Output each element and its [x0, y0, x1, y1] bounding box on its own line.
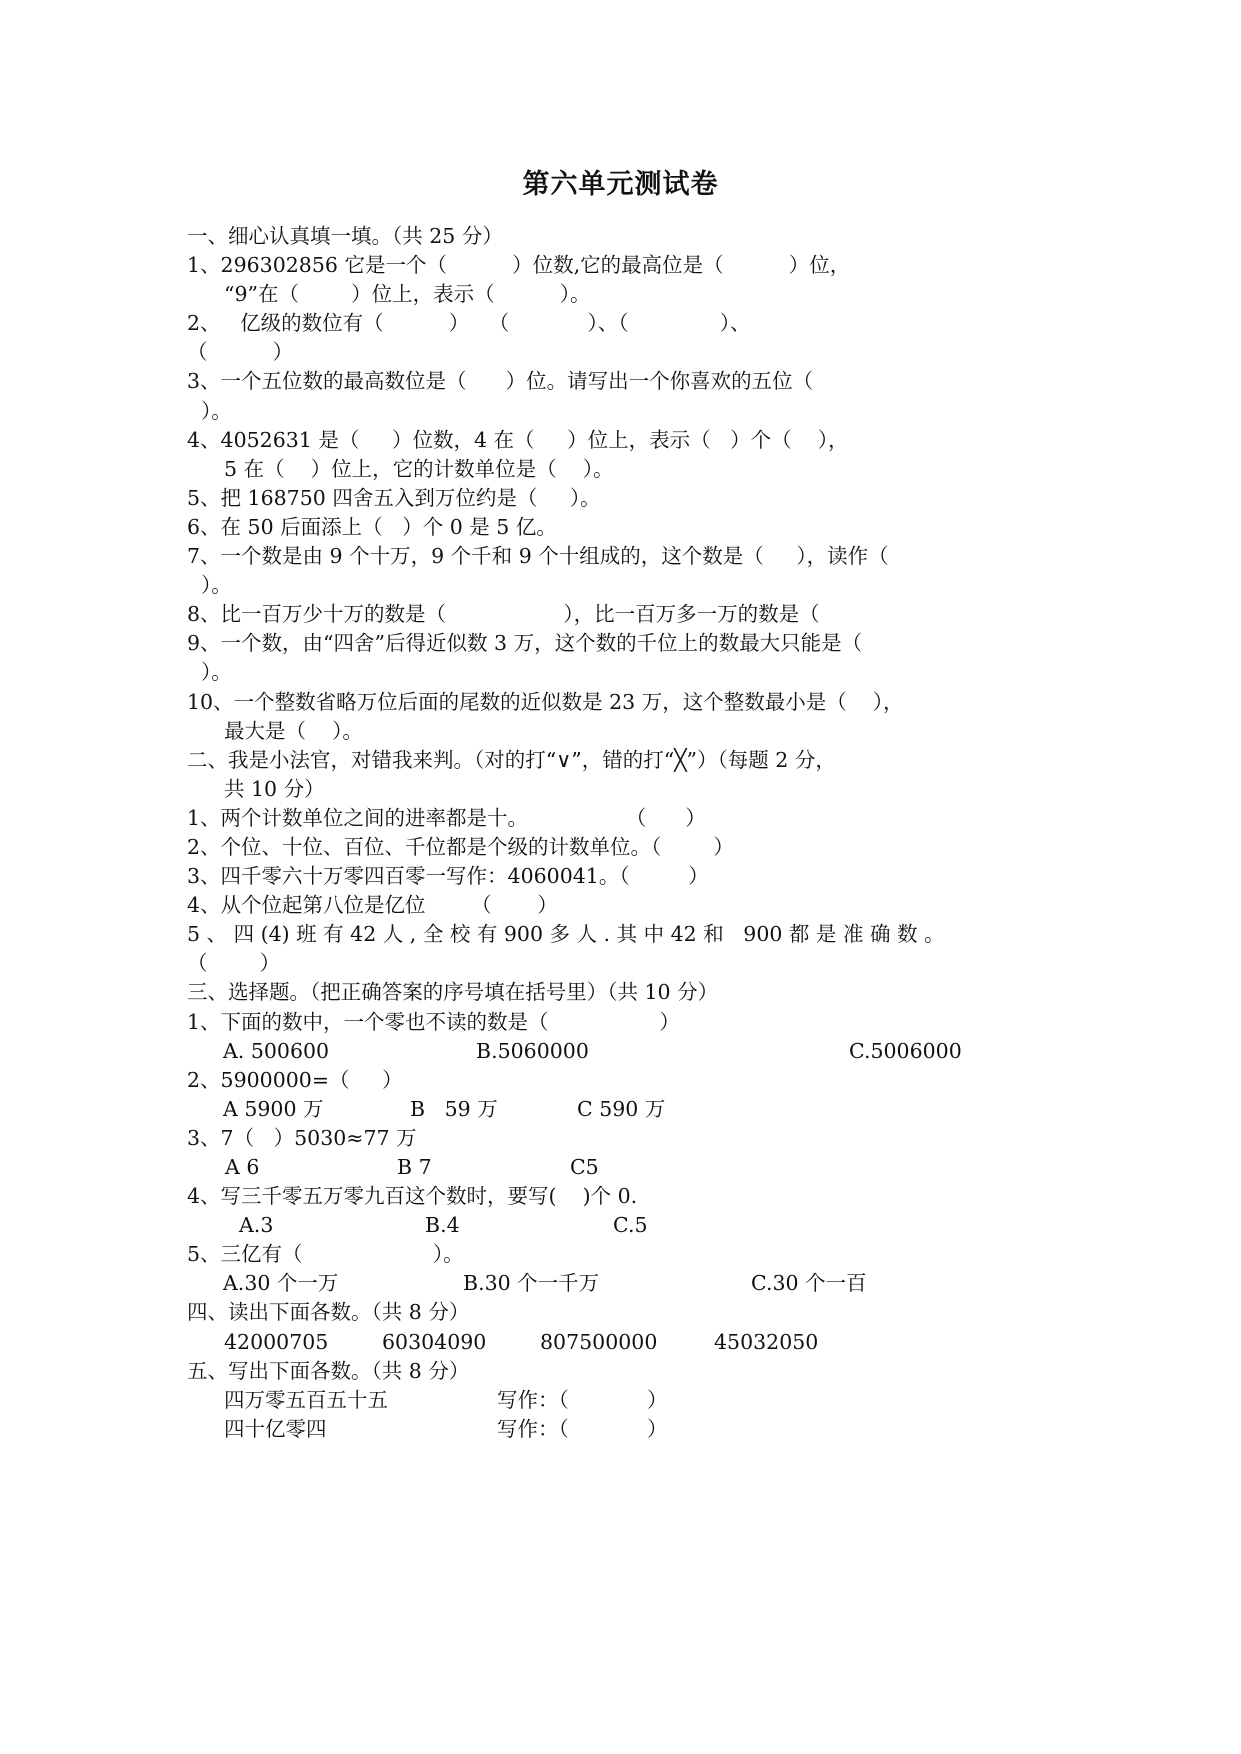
option-a: A 6	[225, 1153, 397, 1182]
judge-q2: 2、个位、十位、百位、千位都是个级的计数单位。（ ）	[187, 833, 1067, 862]
page-title: 第六单元测试卷	[0, 168, 1241, 202]
fill-q6: 6、在 50 后面添上（ ）个 0 是 5 亿。	[187, 513, 1067, 542]
choice-q1-options: A. 500600 B.5060000 C.5006000	[187, 1037, 1067, 1066]
fill-q7-line-1: 7、一个数是由 9 个十万，9 个千和 9 个十组成的，这个数是（ ），读作（	[187, 542, 1067, 571]
section-4-header: 四、读出下面各数。（共 8 分）	[187, 1298, 1067, 1327]
fill-q4-line-1: 4、4052631 是（ ）位数，4 在（ ）位上，表示（ ）个（ ），	[187, 426, 1067, 455]
choice-q2-options: A 5900 万 B 59 万 C 590 万	[187, 1095, 1067, 1124]
choice-q1: 1、下面的数中，一个零也不读的数是（ ）	[187, 1008, 1067, 1037]
choice-q4: 4、写三千零五万零九百这个数时，要写( )个 0.	[187, 1182, 1067, 1211]
judge-q5-line-2: （ ）	[187, 949, 1067, 978]
write-number-words-1: 四万零五百五十五	[224, 1386, 497, 1415]
read-number-1: 42000705	[224, 1328, 382, 1357]
choice-q5-options: A.30 个一万 B.30 个一千万 C.30 个一百	[187, 1269, 1067, 1298]
fill-q3-line-1: 3、一个五位数的最高数位是（ ）位。请写出一个你喜欢的五位（	[187, 367, 1067, 396]
option-c: C5	[570, 1153, 599, 1182]
fill-q9-line-2: ）。	[187, 658, 1067, 687]
write-number-answer-1: 写作：（ ）	[497, 1386, 667, 1415]
choice-q5: 5、三亿有（ ）。	[187, 1240, 1067, 1269]
choice-q4-options: A.3 B.4 C.5	[187, 1211, 1067, 1240]
fill-q7-line-2: ）。	[187, 571, 1067, 600]
fill-q3-line-2: ）。	[187, 397, 1067, 426]
fill-q2-line-1: 2、 亿级的数位有（ ） （ ）、（ ）、	[187, 309, 1067, 338]
worksheet-body: 一、细心认真填一填。（共 25 分） 1、296302856 它是一个（ ）位数…	[187, 222, 1067, 1444]
option-c: C.5006000	[849, 1037, 962, 1066]
choice-q2: 2、5900000=（ ）	[187, 1066, 1067, 1095]
worksheet-page: 第六单元测试卷 一、细心认真填一填。（共 25 分） 1、296302856 它…	[0, 0, 1241, 1754]
option-a: A.3	[239, 1211, 425, 1240]
option-b: B 59 万	[410, 1095, 577, 1124]
option-a: A. 500600	[223, 1037, 476, 1066]
option-b: B.4	[425, 1211, 613, 1240]
read-number-3: 807500000	[540, 1328, 714, 1357]
section-3-header: 三、选择题。（把正确答案的序号填在括号里）（共 10 分）	[187, 978, 1067, 1007]
fill-q1-line-1: 1、296302856 它是一个（ ）位数,它的最高位是（ ）位，	[187, 251, 1067, 280]
read-numbers-row: 42000705 60304090 807500000 45032050	[187, 1328, 1067, 1357]
fill-q2-line-2: （ ）	[187, 338, 1067, 367]
choice-q3: 3、7（ ）5030≈77 万	[187, 1124, 1067, 1153]
judge-q5-line-1: 5 、 四 (4) 班 有 42 人 , 全 校 有 900 多 人 . 其 中…	[187, 920, 1067, 949]
fill-q8: 8、比一百万少十万的数是（ ），比一百万多一万的数是（	[187, 600, 1067, 629]
judge-q4: 4、从个位起第八位是亿位 （ ）	[187, 891, 1067, 920]
write-number-row-2: 四十亿零四 写作：（ ）	[187, 1415, 1067, 1444]
judge-q3: 3、四千零六十万零四百零一写作：4060041。（ ）	[187, 862, 1067, 891]
write-number-words-2: 四十亿零四	[224, 1415, 497, 1444]
option-b: B 7	[397, 1153, 570, 1182]
option-c: C.30 个一百	[751, 1269, 867, 1298]
option-c: C.5	[613, 1211, 648, 1240]
option-c: C 590 万	[577, 1095, 665, 1124]
fill-q9-line-1: 9、一个数，由“四舍”后得近似数 3 万，这个数的千位上的数最大只能是（	[187, 629, 1067, 658]
option-b: B.5060000	[476, 1037, 849, 1066]
option-a: A.30 个一万	[223, 1269, 463, 1298]
fill-q5: 5、把 168750 四舍五入到万位约是（ ）。	[187, 484, 1067, 513]
write-number-row-1: 四万零五百五十五 写作：（ ）	[187, 1386, 1067, 1415]
fill-q1-line-2: “9”在（ ）位上，表示（ ）。	[187, 280, 1067, 309]
section-1-header: 一、细心认真填一填。（共 25 分）	[187, 222, 1067, 251]
fill-q10-line-2: 最大是（ ）。	[187, 717, 1067, 746]
section-2-header-line-2: 共 10 分）	[187, 775, 1067, 804]
option-b: B.30 个一千万	[463, 1269, 751, 1298]
choice-q3-options: A 6 B 7 C5	[187, 1153, 1067, 1182]
judge-q1: 1、两个计数单位之间的进率都是十。 （ ）	[187, 804, 1067, 833]
write-number-answer-2: 写作：（ ）	[497, 1415, 667, 1444]
read-number-4: 45032050	[714, 1328, 818, 1357]
fill-q4-line-2: 5 在（ ）位上，它的计数单位是（ ）。	[187, 455, 1067, 484]
read-number-2: 60304090	[382, 1328, 540, 1357]
option-a: A 5900 万	[223, 1095, 410, 1124]
section-5-header: 五、写出下面各数。（共 8 分）	[187, 1357, 1067, 1386]
section-2-header-line-1: 二、我是小法官，对错我来判。（对的打“∨”，错的打“╳”）（每题 2 分，	[187, 746, 1067, 775]
fill-q10-line-1: 10、一个整数省略万位后面的尾数的近似数是 23 万，这个整数最小是（ ），	[187, 688, 1067, 717]
